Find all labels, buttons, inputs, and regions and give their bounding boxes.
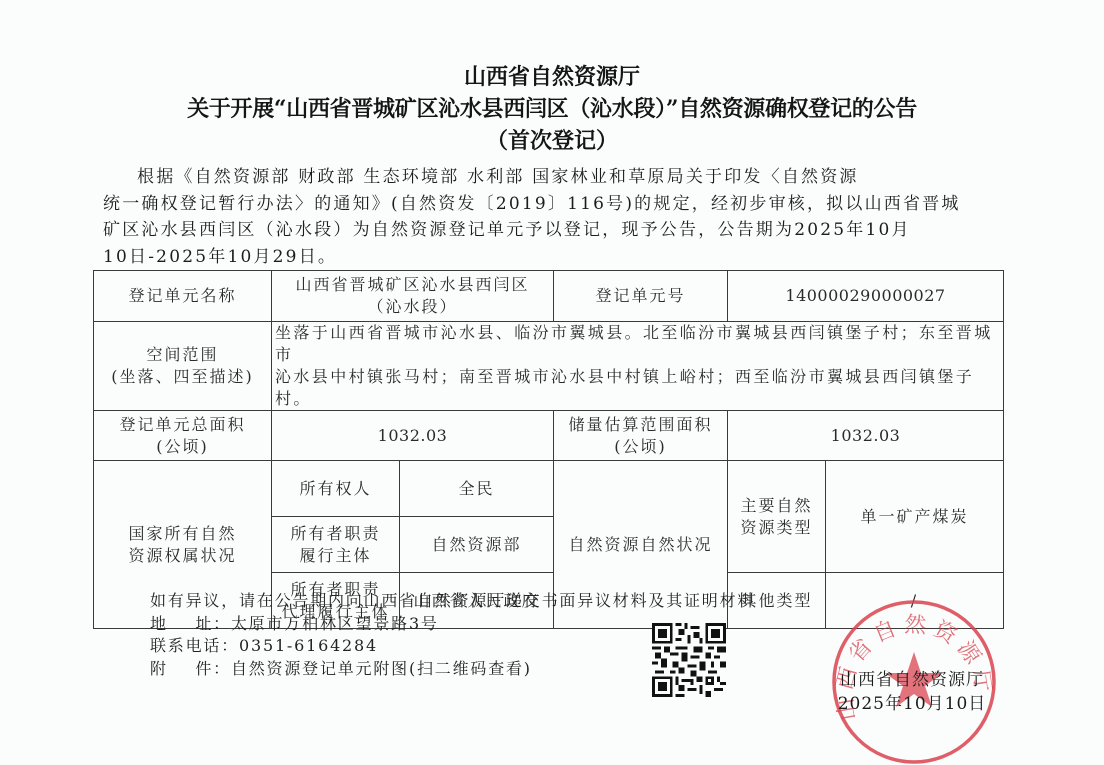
duty-subject-value: 自然资源部 bbox=[400, 517, 554, 573]
announcement-title: 关于开展“山西省晋城矿区沁水县西闫区（沁水段）”自然资源确权登记的公告 bbox=[0, 92, 1104, 123]
reserve-area-label: 储量估算范围面积 (公顷) bbox=[554, 411, 728, 461]
announcement-subtitle: （首次登记） bbox=[0, 124, 1104, 155]
main-type-label: 主要自然 资源类型 bbox=[728, 461, 826, 573]
space-range-label: 空间范围 (坐落、四至描述) bbox=[94, 322, 272, 411]
attachment-label: 附 件： bbox=[150, 658, 231, 681]
table-row: 空间范围 (坐落、四至描述) 坐落于山西省晋城市沁水县、临汾市翼城县。北至临汾市… bbox=[94, 322, 1004, 411]
owner-value: 全民 bbox=[400, 461, 554, 517]
unit-no-label: 登记单元号 bbox=[554, 271, 728, 322]
space-range-value: 坐落于山西省晋城市沁水县、临汾市翼城县。北至临汾市翼城县西闫镇堡子村；东至晋城市… bbox=[272, 322, 1004, 411]
unit-name-value: 山西省晋城矿区沁水县西闫区 （沁水段） bbox=[272, 271, 554, 322]
duty-subject-label: 所有者职责 履行主体 bbox=[272, 517, 400, 573]
main-type-value: 单一矿产煤炭 bbox=[826, 461, 1004, 573]
owner-label: 所有权人 bbox=[272, 461, 400, 517]
issuer-heading: 山西省自然资源厅 bbox=[0, 60, 1104, 91]
body-line: 统一确权登记暂行办法〉的通知》(自然资发〔2019〕116号)的规定，经初步审核… bbox=[103, 191, 995, 218]
phone-label: 联系电话： bbox=[150, 635, 239, 658]
objection-note: 如有异议，请在公告期内向山西省自然资源厅递交书面异议材料及其证明材料 bbox=[150, 590, 755, 613]
body-line: 矿区沁水县西闫区（沁水段）为自然资源登记单元予以登记，现予公告，公告期为2025… bbox=[103, 217, 995, 244]
signature-org: 山西省自然资源厅 bbox=[822, 668, 1002, 692]
reserve-area-value: 1032.03 bbox=[728, 411, 1004, 461]
table-row: 国家所有自然 资源权属状况 所有权人 全民 自然资源自然状况 主要自然 资源类型… bbox=[94, 461, 1004, 517]
total-area-value: 1032.03 bbox=[272, 411, 554, 461]
signature-block: 山西省自然资源厅 2025年10月10日 bbox=[822, 668, 1002, 716]
total-area-label: 登记单元总面积 (公顷) bbox=[94, 411, 272, 461]
unit-name-label: 登记单元名称 bbox=[94, 271, 272, 322]
registration-table: 登记单元名称 山西省晋城矿区沁水县西闫区 （沁水段） 登记单元号 1400002… bbox=[93, 270, 1004, 629]
announcement-body: 根据《自然资源部 财政部 生态环境部 水利部 国家林业和草原局关于印发〈自然资源… bbox=[103, 164, 995, 270]
signature-date: 2025年10月10日 bbox=[822, 692, 1002, 716]
table-row: 登记单元名称 山西省晋城矿区沁水县西闫区 （沁水段） 登记单元号 1400002… bbox=[94, 271, 1004, 322]
attachment-value: 自然资源登记单元附图(扫二维码查看) bbox=[231, 659, 532, 678]
qr-code-icon[interactable] bbox=[652, 623, 726, 697]
address-value: 太原市万柏林区望景路3号 bbox=[231, 614, 439, 633]
table-row: 登记单元总面积 (公顷) 1032.03 储量估算范围面积 (公顷) 1032.… bbox=[94, 411, 1004, 461]
body-line: 根据《自然资源部 财政部 生态环境部 水利部 国家林业和草原局关于印发〈自然资源 bbox=[103, 164, 995, 191]
unit-no-value: 140000290000027 bbox=[728, 271, 1004, 322]
phone-value: 0351-6164284 bbox=[239, 636, 378, 655]
address-label: 地 址： bbox=[150, 613, 231, 636]
body-line: 10日-2025年10月29日。 bbox=[103, 244, 995, 271]
